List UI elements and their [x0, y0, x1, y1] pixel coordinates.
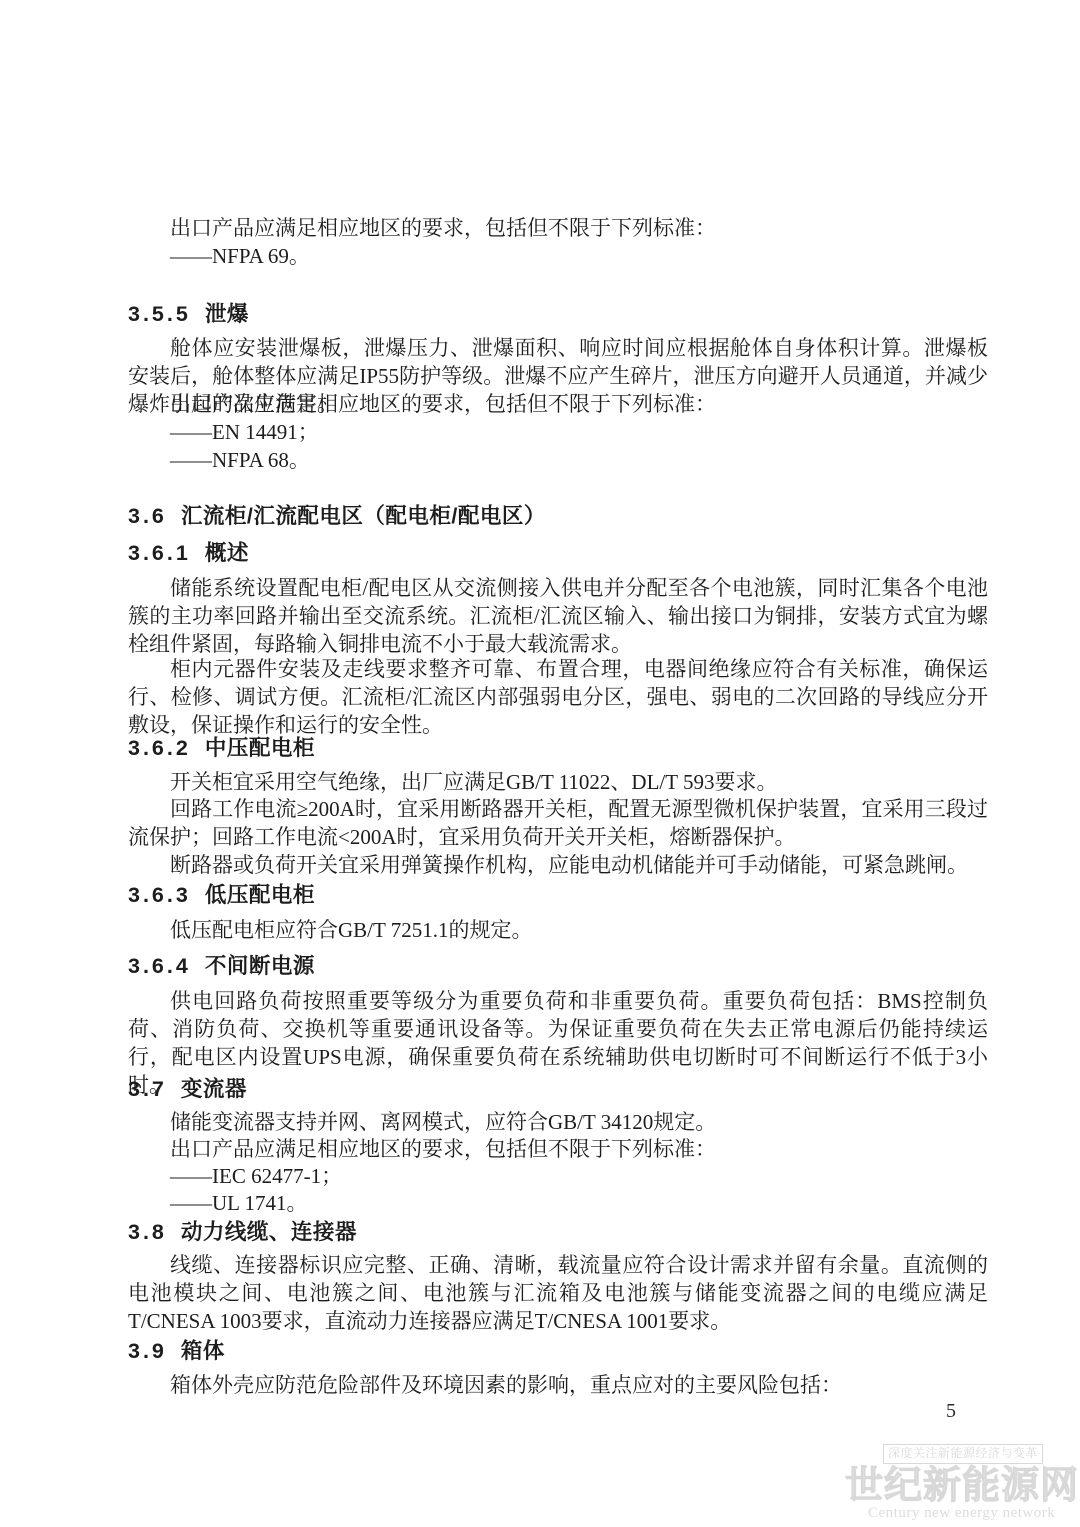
watermark-brand-logo: 世纪新能源网	[845, 1466, 1079, 1506]
watermark-slogan: 深度关注新能源经济与变革	[883, 1444, 1043, 1464]
heading-title: 动力线缆、连接器	[181, 1220, 357, 1244]
heading-title: 泄爆	[205, 302, 249, 326]
heading-3-6-3: 3.6.3低压配电柜	[128, 880, 988, 910]
heading-number: 3.6.4	[128, 954, 191, 978]
heading-number: 3.6.3	[128, 883, 191, 907]
standard-list-item: ——IEC 62477-1；	[128, 1162, 1030, 1190]
paragraph: 柜内元器件安装及走线要求整齐可靠、布置合理，电器间绝缘应符合有关标准，确保运行、…	[128, 655, 988, 739]
heading-title: 变流器	[181, 1077, 247, 1101]
heading-number: 3.6	[128, 504, 167, 528]
heading-number: 3.9	[128, 1339, 167, 1363]
standard-list-item: ——EN 14491；	[128, 418, 1030, 446]
paragraph: 储能变流器支持并网、离网模式，应符合GB/T 34120规定。	[128, 1108, 988, 1136]
standard-list-item: ——UL 1741。	[128, 1189, 1030, 1217]
heading-3-9: 3.9箱体	[128, 1336, 988, 1366]
heading-title: 不间断电源	[205, 954, 315, 978]
page-number: 5	[933, 1400, 969, 1423]
heading-number: 3.7	[128, 1077, 167, 1101]
heading-3-5-5: 3.5.5泄爆	[128, 299, 988, 329]
paragraph: 出口产品应满足相应地区的要求，包括但不限于下列标准：	[128, 390, 988, 418]
paragraph: 箱体外壳应防范危险部件及环境因素的影响，重点应对的主要风险包括：	[128, 1371, 988, 1399]
paragraph: 断路器或负荷开关宜采用弹簧操作机构，应能电动机储能并可手动储能，可紧急跳闸。	[128, 851, 988, 879]
paragraph: 开关柜宜采用空气绝缘，出厂应满足GB/T 11022、DL/T 593要求。	[128, 768, 988, 796]
paragraph: 线缆、连接器标识应完整、正确、清晰，载流量应符合设计需求并留有余量。直流侧的电池…	[128, 1251, 988, 1335]
heading-3-6-1: 3.6.1概述	[128, 538, 988, 568]
heading-number: 3.6.2	[128, 736, 191, 760]
paragraph: 出口产品应满足相应地区的要求，包括但不限于下列标准：	[128, 1135, 988, 1163]
heading-3-6: 3.6汇流柜/汇流配电区（配电柜/配电区）	[128, 501, 988, 531]
paragraph: 回路工作电流≥200A时，宜采用断路器开关柜，配置无源型微机保护装置，宜采用三段…	[128, 795, 988, 851]
heading-title: 概述	[205, 541, 249, 565]
heading-title: 箱体	[181, 1339, 225, 1363]
heading-title: 低压配电柜	[205, 883, 315, 907]
heading-title: 汇流柜/汇流配电区（配电柜/配电区）	[181, 504, 546, 528]
heading-number: 3.6.1	[128, 541, 191, 565]
standard-list-item: ——NFPA 69。	[128, 242, 1030, 270]
standard-list-item: ——NFPA 68。	[128, 446, 1030, 474]
watermark-english-caption: Century new energy network	[868, 1505, 1055, 1522]
paragraph: 出口产品应满足相应地区的要求，包括但不限于下列标准：	[128, 214, 988, 242]
heading-3-8: 3.8动力线缆、连接器	[128, 1217, 988, 1247]
heading-3-6-2: 3.6.2中压配电柜	[128, 733, 988, 763]
paragraph: 储能系统设置配电柜/配电区从交流侧接入供电并分配至各个电池簇，同时汇集各个电池簇…	[128, 574, 988, 658]
heading-title: 中压配电柜	[205, 736, 315, 760]
heading-3-7: 3.7变流器	[128, 1074, 988, 1104]
heading-number: 3.8	[128, 1220, 167, 1244]
heading-number: 3.5.5	[128, 302, 191, 326]
document-page: 出口产品应满足相应地区的要求，包括但不限于下列标准： ——NFPA 69。 3.…	[0, 0, 1080, 1527]
heading-3-6-4: 3.6.4不间断电源	[128, 951, 988, 981]
paragraph: 低压配电柜应符合GB/T 7251.1的规定。	[128, 916, 988, 944]
